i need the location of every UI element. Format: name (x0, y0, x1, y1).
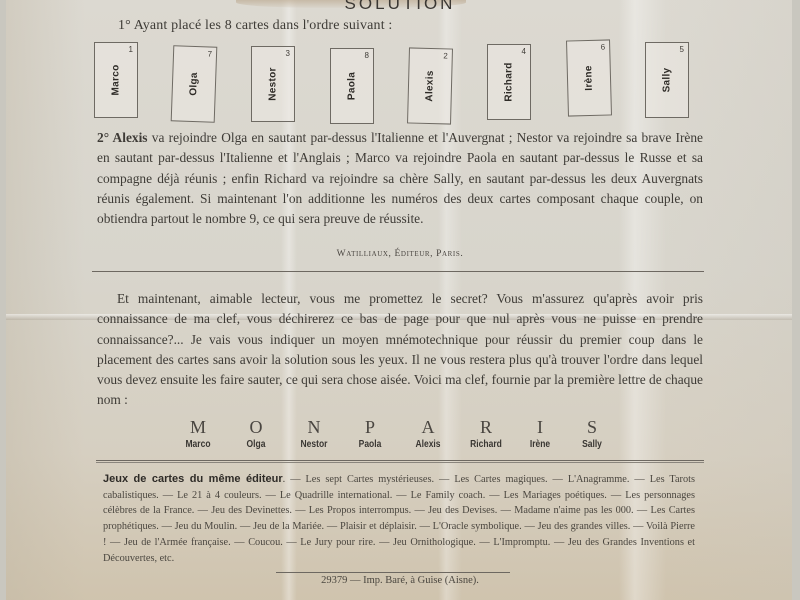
step-2-text: va rejoindre Olga en sautant par-dessus … (97, 130, 703, 226)
secret-text: Et maintenant, aimable lecteur, vous me … (97, 289, 703, 411)
key-entry: AAlexis (398, 418, 458, 450)
page-title: SOLUTION (0, 0, 800, 14)
divider (276, 572, 510, 573)
card-irène: 6Irène (566, 39, 612, 116)
printer-imprint: 29379 — Imp. Baré, à Guise (Aisne). (0, 575, 800, 586)
card-name: Paola (347, 72, 358, 100)
key-entry: OOlga (226, 418, 286, 450)
key-letter: M (168, 418, 228, 436)
card-number: 2 (443, 51, 448, 60)
key-letter: A (398, 418, 458, 436)
key-name: Nestor (289, 439, 340, 450)
publisher-signature: Watilliaux, Éditeur, Paris. (0, 249, 800, 259)
card-alexis: 2Alexis (407, 47, 453, 124)
card-marco: 1Marco (94, 42, 138, 118)
key-entry: RRichard (456, 418, 516, 450)
card-number: 4 (522, 47, 526, 56)
key-letter: I (510, 418, 570, 436)
card-number: 5 (680, 45, 684, 54)
publisher-catalog: Jeux de cartes du même éditeur. — Les se… (103, 472, 695, 566)
card-number: 1 (129, 45, 133, 54)
card-name: Olga (188, 72, 200, 96)
card-name: Alexis (424, 70, 436, 102)
key-name: Paola (345, 439, 396, 450)
card-number: 3 (286, 49, 290, 58)
key-name: Richard (461, 439, 512, 450)
card-number: 8 (365, 51, 369, 60)
secret-paragraph: Et maintenant, aimable lecteur, vous me … (97, 289, 703, 411)
key-name: Alexis (403, 439, 454, 450)
card-name: Irène (583, 65, 595, 91)
catalog-heading: Jeux de cartes du même éditeur (103, 473, 283, 485)
key-entry: SSally (562, 418, 622, 450)
key-letter: P (340, 418, 400, 436)
card-name: Nestor (268, 67, 279, 100)
key-name: Irène (515, 439, 566, 450)
key-letter: S (562, 418, 622, 436)
card-nestor: 3Nestor (251, 46, 295, 122)
divider (92, 271, 704, 272)
card-number: 7 (207, 49, 212, 58)
key-entry: MMarco (168, 418, 228, 450)
step-2-lead: 2° Alexis (97, 130, 148, 145)
key-letter: O (226, 418, 286, 436)
card-name: Sally (662, 68, 673, 93)
card-name: Richard (504, 62, 515, 101)
mnemonic-key: MMarcoOOlgaNNestorPPaolaAAlexisRRichardI… (170, 418, 610, 458)
card-sally: 5Sally (645, 42, 689, 118)
card-olga: 7Olga (171, 45, 218, 122)
divider (96, 460, 704, 463)
catalog-text: . — Les sept Cartes mystérieuses. — Les … (103, 474, 695, 564)
card-name: Marco (111, 65, 122, 96)
key-letter: R (456, 418, 516, 436)
key-letter: N (284, 418, 344, 436)
key-entry: IIrène (510, 418, 570, 450)
key-name: Olga (231, 439, 282, 450)
card-arrangement: 1Marco7Olga3Nestor8Paola2Alexis4Richard6… (80, 38, 720, 122)
card-number: 6 (601, 43, 606, 52)
card-paola: 8Paola (330, 48, 374, 124)
card-richard: 4Richard (487, 44, 531, 120)
key-name: Sally (567, 439, 618, 450)
key-entry: PPaola (340, 418, 400, 450)
step-1-text: 1° Ayant placé les 8 cartes dans l'ordre… (118, 16, 718, 36)
step-2-paragraph: 2° Alexis va rejoindre Olga en sautant p… (97, 128, 703, 229)
key-name: Marco (173, 439, 224, 450)
key-entry: NNestor (284, 418, 344, 450)
